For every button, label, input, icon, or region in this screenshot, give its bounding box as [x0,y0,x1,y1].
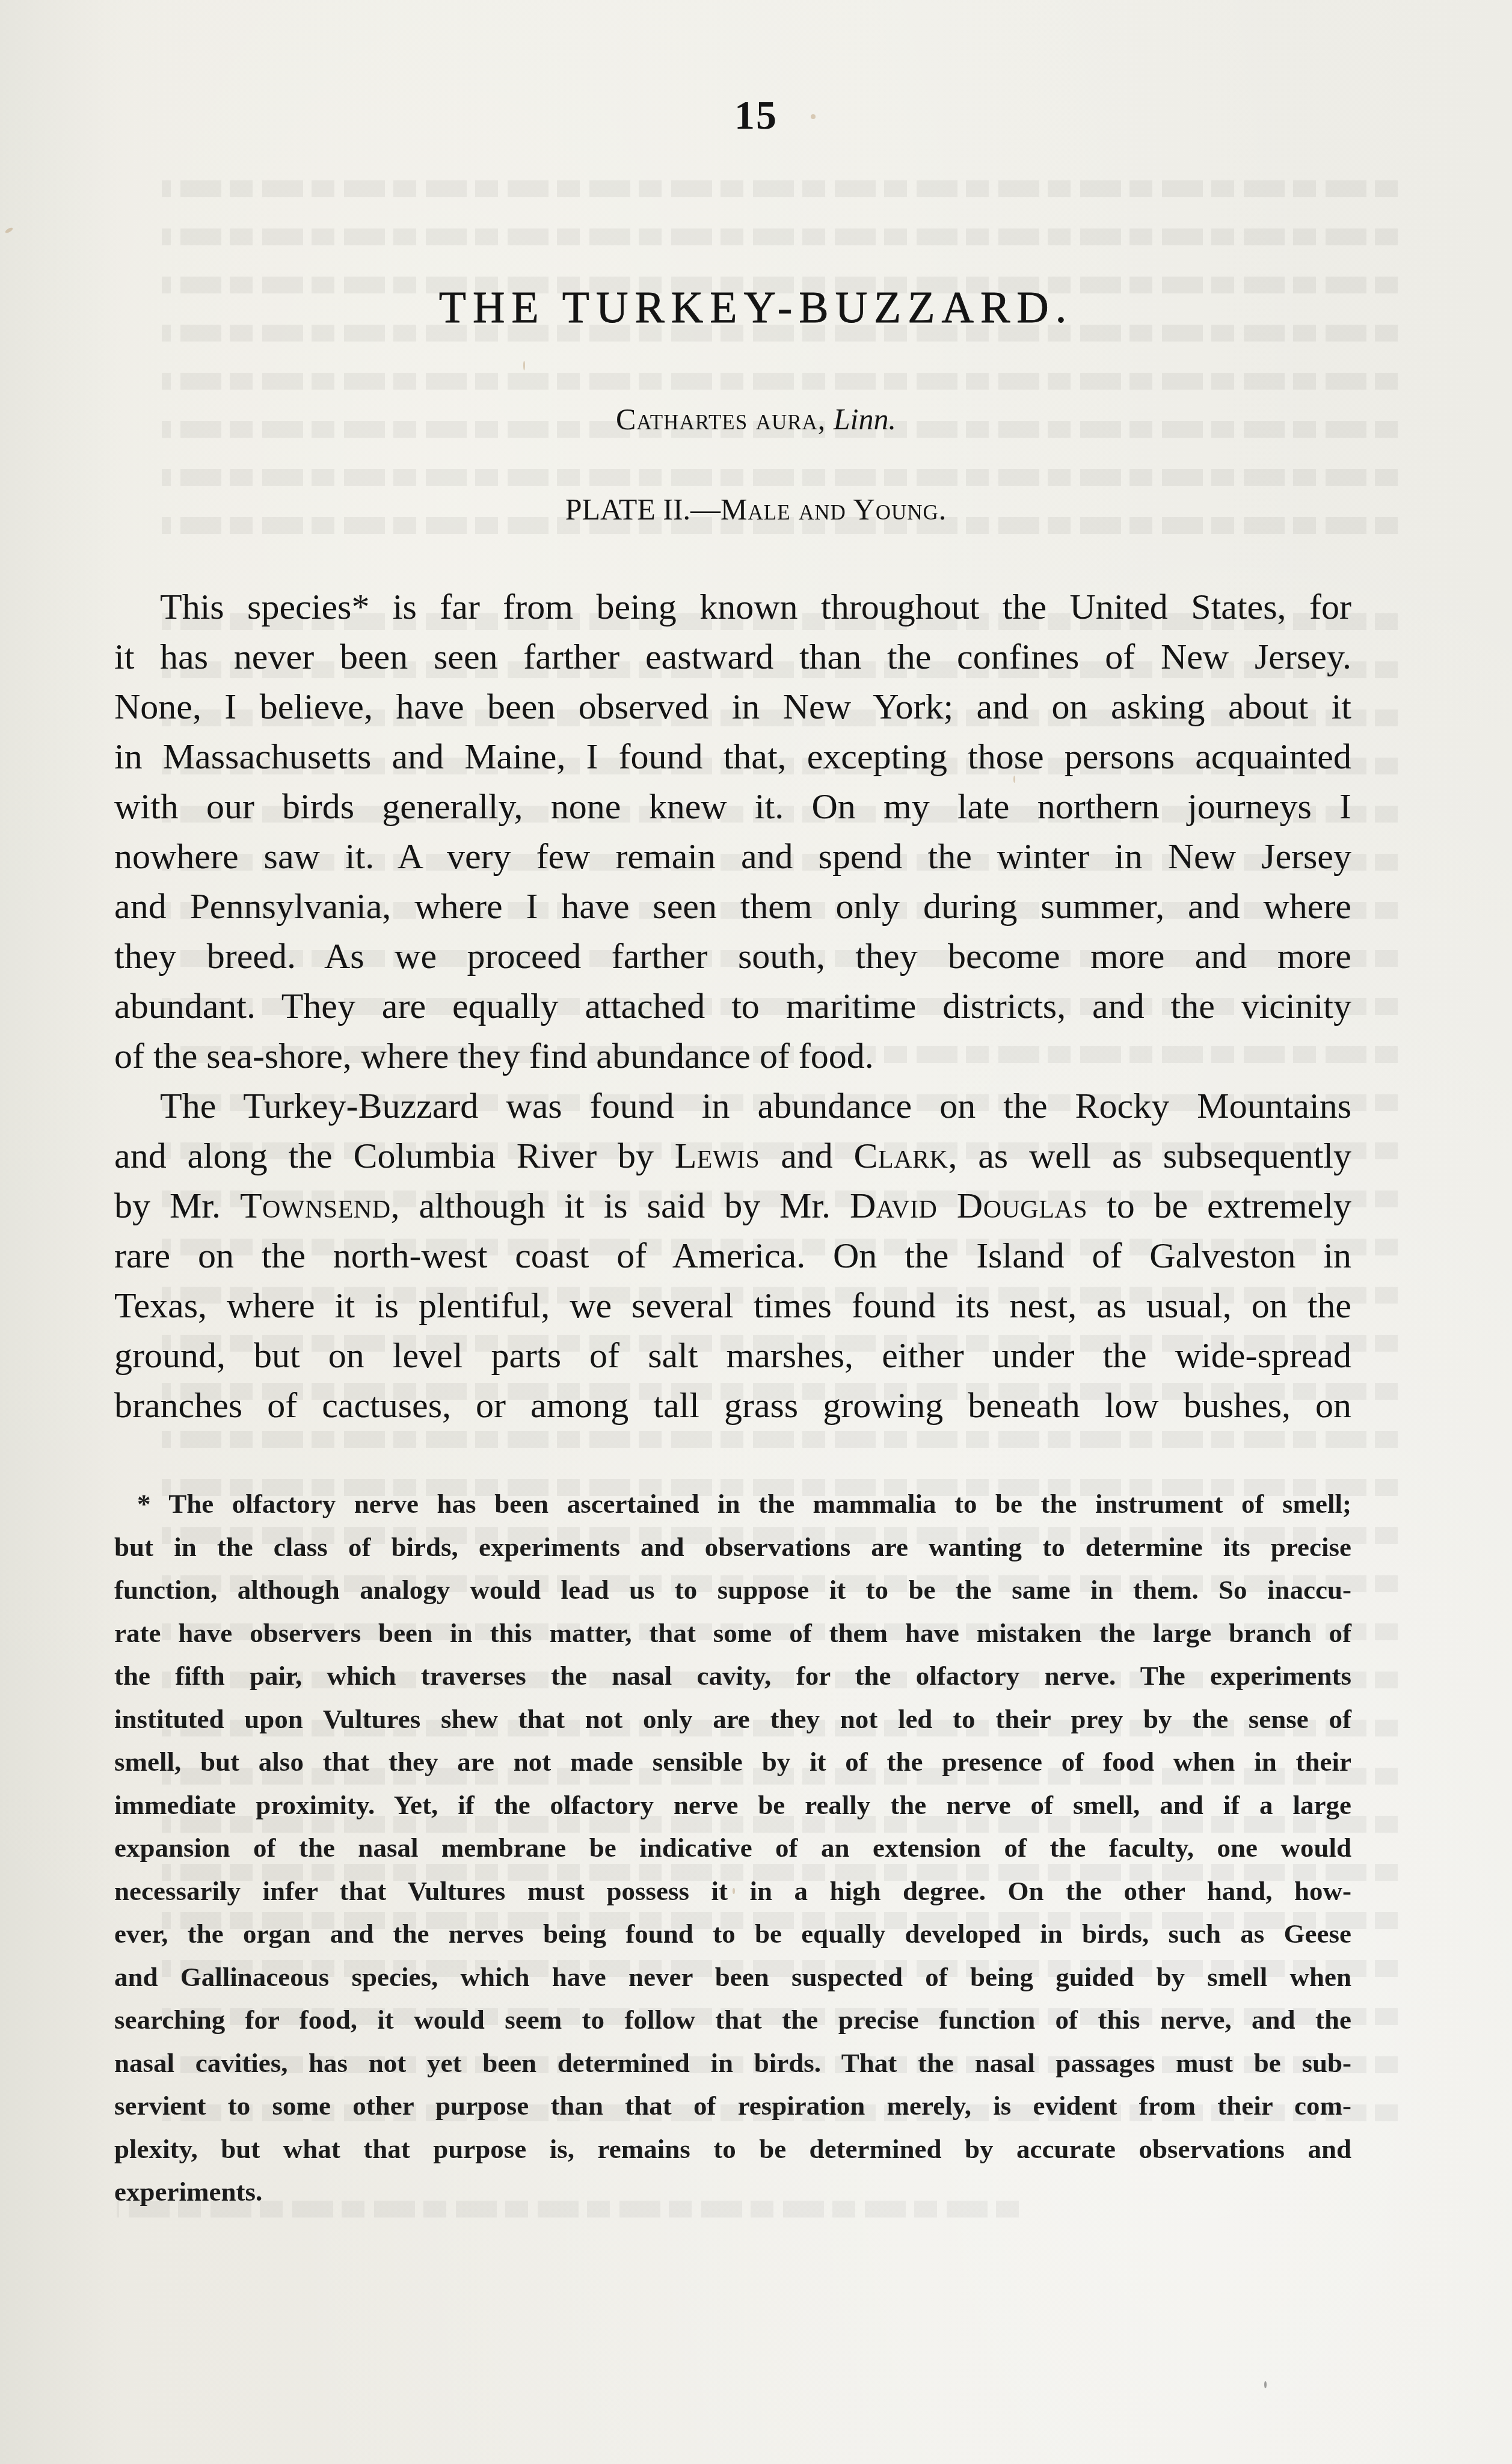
footnote-line: instituted upon Vultures shew that not o… [114,1698,1351,1741]
taxonomic-authority: Linn. [834,402,896,436]
proper-name: David Douglas [850,1186,1087,1225]
body-text: This species* is far from being known th… [114,582,1351,1430]
plate-label: PLATE II.— [565,492,721,526]
text-line: nowhere saw it. A very few remain and sp… [114,832,1351,881]
text-line: ground, but on level parts of salt marsh… [114,1331,1351,1381]
text-line: The Turkey-Buzzard was found in abundanc… [114,1081,1351,1131]
footnote-line: smell, but also that they are not made s… [114,1741,1351,1784]
paragraph-2: The Turkey-Buzzard was found in abundanc… [114,1081,1351,1430]
text-line: Texas, where it is plentiful, we several… [114,1281,1351,1331]
text-line: with our birds generally, none knew it. … [114,782,1351,832]
text-line: branches of cactuses, or among tall gras… [114,1381,1351,1430]
footnote-line: the fifth pair, which traverses the nasa… [114,1655,1351,1698]
footnote-line: nasal cavities, has not yet been determi… [114,2042,1351,2085]
scientific-name-line: Cathartes aura, Linn. [0,402,1512,437]
footnote-line-text: The olfactory nerve has been ascertained… [168,1489,1351,1519]
footnote-line: necessarily infer that Vultures must pos… [114,1870,1351,1913]
paper-speck [523,361,525,370]
proper-name: Lewis [675,1136,760,1175]
footnote-line: but in the class of birds, experiments a… [114,1526,1351,1569]
footnote-line: function, although analogy would lead us… [114,1569,1351,1612]
footnote-marker: * [137,1489,151,1519]
footnote-line: rate have observers been in this matter,… [114,1612,1351,1655]
footnote-line: and Gallinaceous species, which have nev… [114,1956,1351,1999]
chapter-title: THE TURKEY-BUZZARD. [0,283,1512,334]
footnote-line: immediate proximity. Yet, if the olfacto… [114,1784,1351,1827]
scientific-name: Cathartes aura, [616,402,826,436]
proper-name: Townsend [240,1186,391,1225]
text-line: rare on the north-west coast of America.… [114,1231,1351,1281]
text-line: in Massachusetts and Maine, I found that… [114,732,1351,782]
text-line: and Pennsylvania, where I have seen them… [114,881,1351,931]
text-line: by Mr. Townsend, although it is said by … [114,1181,1351,1231]
text-line: None, I believe, have been observed in N… [114,682,1351,732]
text-line: abundant. They are equally attached to m… [114,981,1351,1031]
text-line: This species* is far from being known th… [114,582,1351,632]
footnote-line: servient to some other purpose than that… [114,2085,1351,2128]
footnote-line: experiments. [114,2171,1351,2214]
footnote-line: plexity, but what that purpose is, remai… [114,2128,1351,2171]
paragraph-1: This species* is far from being known th… [114,582,1351,1081]
footnote-line: * The olfactory nerve has been ascertain… [114,1483,1351,1526]
footnote-line: ever, the organ and the nerves being fou… [114,1913,1351,1956]
paper-speck [1264,2381,1267,2388]
text-line: of the sea-shore, where they find abunda… [114,1031,1351,1081]
text-line: it has never been seen farther eastward … [114,632,1351,682]
plate-description: Male and Young. [721,492,947,526]
proper-name: Clark [854,1136,948,1175]
plate-caption: PLATE II.—Male and Young. [0,492,1512,527]
footnote: * The olfactory nerve has been ascertain… [114,1483,1351,2214]
text-line: they breed. As we proceed farther south,… [114,931,1351,981]
page-number: 15 [0,91,1512,139]
footnote-line: expansion of the nasal membrane be indic… [114,1827,1351,1870]
text-line: and along the Columbia River by Lewis an… [114,1131,1351,1181]
footnote-line: searching for food, it would seem to fol… [114,1999,1351,2042]
